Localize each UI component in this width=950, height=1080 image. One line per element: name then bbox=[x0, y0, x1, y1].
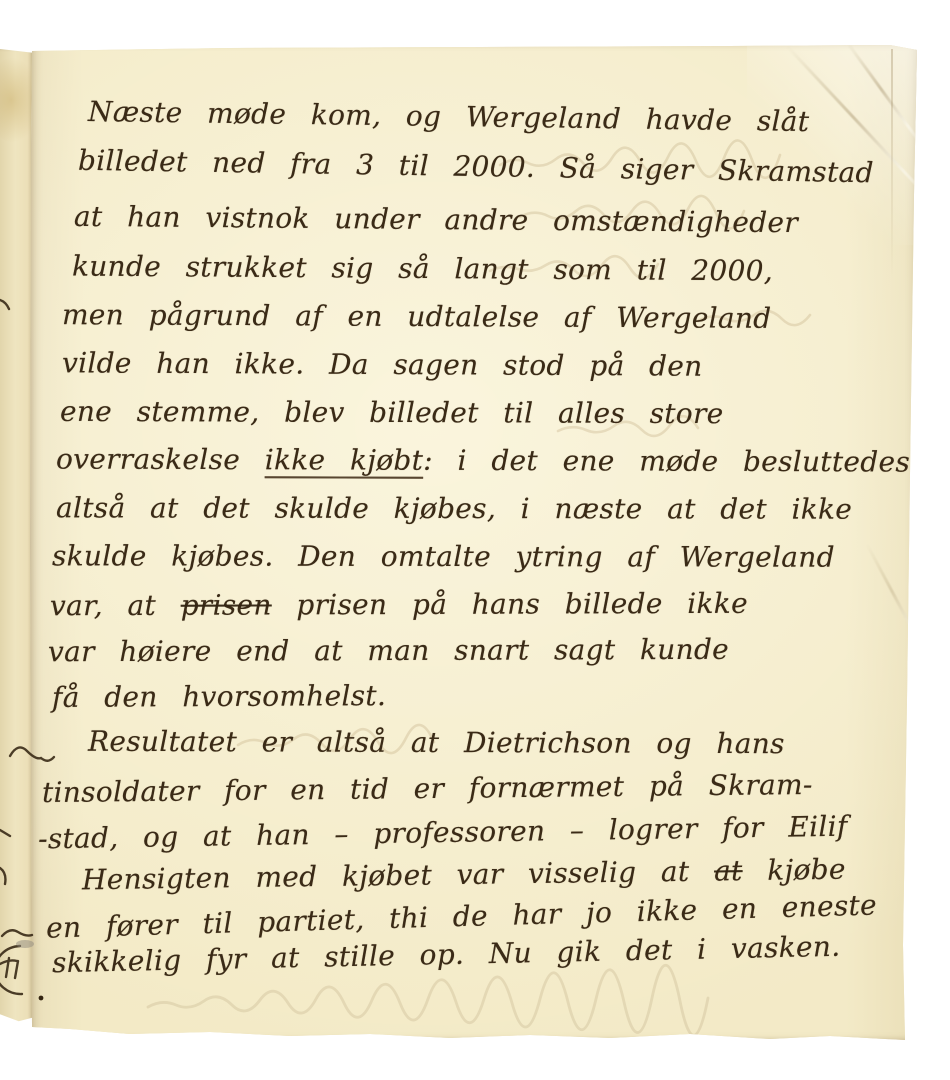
handwriting-line: overraskelse ikke kjøbt: i det ene møde … bbox=[56, 443, 910, 480]
fold-crease bbox=[865, 543, 924, 650]
handwriting-line: tinsoldater for en tid er fornærmet på S… bbox=[42, 768, 813, 810]
handwriting-line: Resultatet er altså at Dietrichson og ha… bbox=[88, 725, 785, 761]
struck-word: prisen bbox=[181, 588, 272, 621]
line-text: var, at bbox=[50, 589, 181, 622]
letter-scan: Næste møde kom, og Wergeland havde slåt … bbox=[0, 0, 950, 1080]
line-text: vilde han ikke. Da sagen stod på den bbox=[62, 346, 703, 382]
handwriting-line: ene stemme, blev billedet til alles stor… bbox=[60, 395, 724, 431]
line-text: skulde kjøbes. Den omtalte ytring af Wer… bbox=[52, 539, 835, 573]
handwriting-line: var, at prisen prisen på hans billede ik… bbox=[50, 587, 748, 623]
handwriting-line: Næste møde kom, og Wergeland havde slåt bbox=[88, 95, 810, 139]
fold-crease bbox=[891, 49, 893, 279]
line-text: Resultatet er altså at Dietrichson og ha… bbox=[88, 725, 785, 760]
handwriting-line: altså at det skulde kjøbes, i næste at d… bbox=[56, 491, 852, 526]
underlined-phrase: ikke kjøbt bbox=[265, 443, 424, 477]
line-text: men pågrund af en udtalelse af Wergeland bbox=[62, 298, 772, 335]
line-text: Næste møde kom, og Wergeland havde slåt bbox=[88, 95, 810, 138]
handwriting-line: at han vistnok under andre omstændighede… bbox=[74, 200, 798, 240]
handwriting-line: var høiere end at man snart sagt kunde bbox=[48, 633, 729, 669]
line-text: ene stemme, blev billedet til alles stor… bbox=[60, 395, 724, 430]
handwriting-line: -stad, og at han – professoren – logrer … bbox=[38, 810, 848, 857]
line-text: altså at det skulde kjøbes, i næste at d… bbox=[56, 491, 852, 525]
line-text: Hensigten med kjøbet var visselig at bbox=[82, 855, 714, 897]
line-text: kunde strukket sig så langt som til 2000… bbox=[72, 250, 773, 288]
line-text: tinsoldater for en tid er fornærmet på S… bbox=[42, 768, 813, 809]
line-text: -stad, og at han – professoren – logrer … bbox=[38, 810, 848, 856]
line-text: : i det ene møde besluttedes bbox=[423, 444, 910, 479]
handwriting-line: men pågrund af en udtalelse af Wergeland bbox=[62, 298, 772, 336]
adjacent-page-edge bbox=[0, 49, 34, 1033]
line-text: overraskelse bbox=[56, 443, 265, 477]
line-text: prisen på hans billede ikke bbox=[272, 587, 748, 622]
line-text: kjøbe bbox=[742, 853, 846, 887]
handwriting-line: få den hvorsomhelst. bbox=[52, 679, 386, 715]
handwriting-line: Hensigten med kjøbet var visselig at at … bbox=[82, 853, 846, 898]
line-text: at han vistnok under andre omstændighede… bbox=[74, 200, 798, 239]
handwriting-line: vilde han ikke. Da sagen stod på den bbox=[62, 346, 703, 383]
struck-word: at bbox=[714, 854, 743, 887]
line-text: var høiere end at man snart sagt kunde bbox=[48, 633, 729, 668]
handwriting-line: skulde kjøbes. Den omtalte ytring af Wer… bbox=[52, 539, 835, 574]
handwriting-line: kunde strukket sig så langt som til 2000… bbox=[72, 250, 773, 289]
line-text: få den hvorsomhelst. bbox=[52, 679, 386, 714]
letter-page: Næste møde kom, og Wergeland havde slåt … bbox=[30, 45, 917, 1042]
